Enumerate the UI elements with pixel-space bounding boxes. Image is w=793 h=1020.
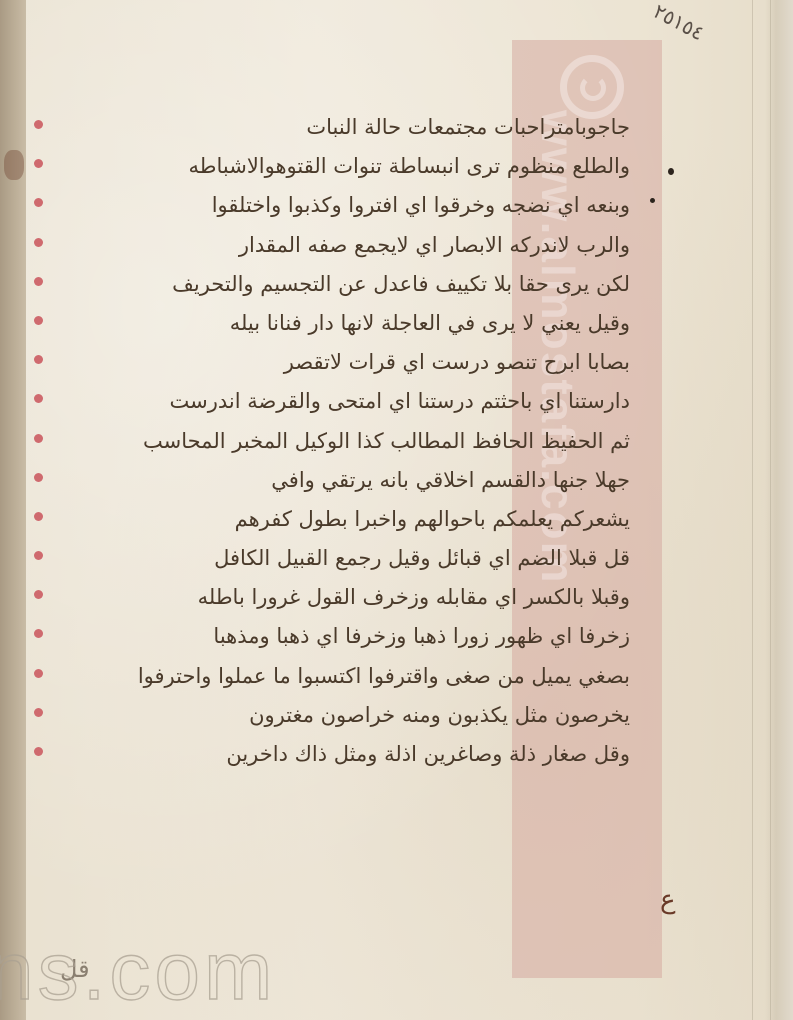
- rubric-dot-icon: [34, 473, 43, 482]
- rubric-dot-icon: [34, 120, 43, 129]
- text-line: والطلع منظوم ترى انبساطة تنوات القتوهوال…: [30, 147, 630, 186]
- text-line: بصغي يميل من صغى واقترفوا اكتسبوا ما عمل…: [30, 657, 630, 696]
- rubric-dot-icon: [34, 551, 43, 560]
- text-line: قل قبلا الضم اي قبائل وقيل رجمع القبيل ا…: [30, 539, 630, 578]
- rubric-dot-icon: [34, 747, 43, 756]
- rubric-dot-icon: [34, 669, 43, 678]
- rubric-dot-icon: [34, 394, 43, 403]
- text-line: دارستنا اي باحثتم درستنا اي امتحى والقرض…: [30, 382, 630, 421]
- page-fold-line: [752, 0, 753, 1020]
- rubric-dot-icon: [34, 238, 43, 247]
- text-line: وبنعه اي نضجه وخرقوا اي افتروا وكذبوا وا…: [30, 186, 630, 225]
- text-line: وقبلا بالكسر اي مقابله وزخرف القول غرورا…: [30, 578, 630, 617]
- text-line: ثم الحفيظ الحافظ المطالب كذا الوكيل المخ…: [30, 422, 630, 461]
- book-spine-edge: [0, 0, 26, 1020]
- text-line: يشعركم يعلمكم باحوالهم واخبرا بطول كفرهم: [30, 500, 630, 539]
- rubric-dot-icon: [34, 198, 43, 207]
- manuscript-page: www.almostafa.com ٢٥١٥٤ جاجوبامتراحبات م…: [0, 0, 793, 1020]
- rubric-dot-icon: [34, 277, 43, 286]
- folio-number: ٢٥١٥٤: [650, 0, 709, 45]
- rubric-dot-icon: [34, 512, 43, 521]
- rubric-dot-icon: [34, 590, 43, 599]
- text-line: لكن يرى حقا بلا تكييف فاعدل عن التجسيم و…: [30, 265, 630, 304]
- rubric-dot-icon: [34, 355, 43, 364]
- text-line: بصابا ابرح تنصو درست اي قرات لاتقصر: [30, 343, 630, 382]
- page-fold-line: [770, 0, 771, 1020]
- text-line: جاجوبامتراحبات مجتمعات حالة النبات: [30, 108, 630, 147]
- text-line: وقل صغار ذلة وصاغرين اذلة ومثل ذاك داخري…: [30, 735, 630, 774]
- rubric-dot-icon: [34, 629, 43, 638]
- text-line: جهلا جنها دالقسم اخلاقي بانه يرتقي وافي: [30, 461, 630, 500]
- catchword: ع: [660, 885, 676, 915]
- ink-speck: [650, 198, 655, 203]
- text-line: وقيل يعني لا يرى في العاجلة لانها دار فن…: [30, 304, 630, 343]
- text-line: زخرفا اي ظهور زورا ذهبا وزخرفا اي ذهبا و…: [30, 617, 630, 656]
- rubric-dot-icon: [34, 708, 43, 717]
- rubric-dot-icon: [34, 159, 43, 168]
- text-line: يخرصون مثل يكذبون ومنه خراصون مغترون: [30, 696, 630, 735]
- watermark-bottom-text: ns.com: [0, 925, 276, 1019]
- manuscript-text-block: جاجوبامتراحبات مجتمعات حالة النبات والطل…: [30, 108, 630, 774]
- ink-speck: [668, 168, 674, 175]
- rubric-dot-icon: [34, 316, 43, 325]
- rubric-dot-icon: [34, 434, 43, 443]
- text-line: والرب لاندركه الابصار اي لايجمع صفه المق…: [30, 226, 630, 265]
